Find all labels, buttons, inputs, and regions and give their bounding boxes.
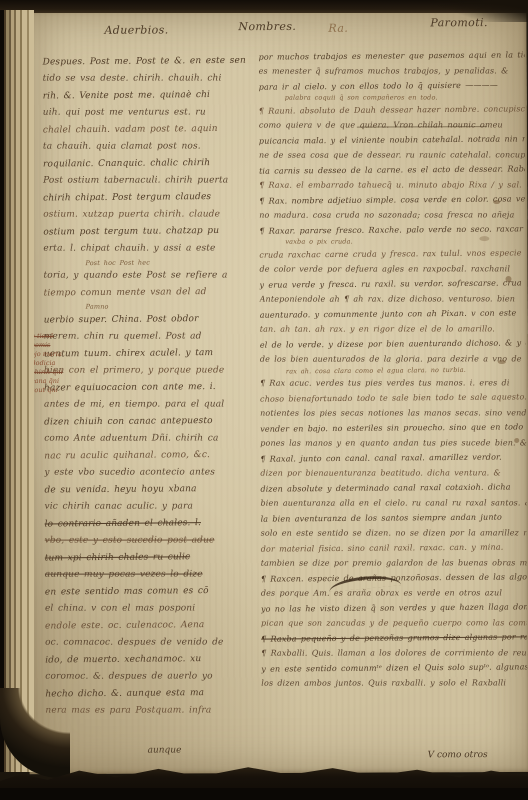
stain [506, 276, 512, 282]
manuscript-line: dizen chiuih con canac antepuesto [44, 413, 258, 432]
manuscript-line: tan. ah tan. ah rax. y en rigor dize el … [260, 321, 526, 336]
manuscript-line: pones las manos y en quanto andan tus pi… [260, 435, 526, 450]
manuscript-line: por muchos trabajos es menester que pase… [258, 47, 524, 64]
manuscript-line: vender en bajo. no esteriles sin prouech… [260, 419, 526, 436]
manuscript-line: la bien aventuranza de los santos siempr… [260, 509, 526, 526]
manuscript-line: de color verde por defuera agles en raxp… [259, 261, 525, 276]
catchword-left: aunque [148, 745, 182, 755]
manuscript-line: de los bien auenturados de la gloria. pa… [260, 351, 526, 366]
manuscript-line: tum xpi chirih chales ru culic [45, 549, 259, 568]
manuscript-line: des porque Am. es araña obrax es verde e… [261, 585, 527, 600]
manuscript-line: bien auenturanza alla en el cielo. ru ca… [260, 495, 526, 510]
manuscript-line: en este sentido mas comun es cō [45, 583, 259, 602]
manuscript-line: chalel chauih. vadam post te. aquin [43, 121, 257, 140]
manuscript-line: no madura. cosa cruda no sazonada; cosa … [259, 207, 525, 222]
manuscript-line: el de lo verde. y dizese por bien auentu… [260, 335, 526, 352]
manuscript-line: cruda raxchac carne cruda y fresca. rax … [259, 245, 525, 262]
manuscript-page: Aduerbios. Nombres. Ra. Paromoti. Despue… [26, 8, 528, 774]
manuscript-line: coromoc. &. despues de auerlo yo [45, 668, 259, 685]
manuscript-line: ne de ssea cosa que de dessear. ru rauni… [259, 147, 525, 162]
manuscript-line: dor material fisica. sino canil raxil. r… [261, 539, 527, 556]
manuscript-line: uentum tuum. chirex aculel. y tam [44, 345, 258, 364]
header-ra: Ra. [328, 22, 348, 35]
right-column: por muchos trabajos es menester que pase… [259, 48, 528, 691]
margin-notes: q tienēqemisojo mariaBodiciachirih q̃nic… [31, 332, 75, 395]
manuscript-line: auenturado. y comunmente junto con ah Pi… [260, 305, 526, 322]
manuscript-line: ¶ Rax acuc. verdes tus pies verdes tus m… [260, 375, 526, 390]
manuscript-line: qemis [31, 341, 75, 350]
manuscript-line: ¶ Raxal. junto con canal. canal raxal. a… [260, 449, 526, 466]
manuscript-line: choso bienafortunado todo te sale bien t… [260, 389, 526, 406]
manuscript-line: pican que son zancudas y de pequeño cuer… [261, 615, 527, 630]
manuscript-line: ido, de muerto. xechanamoc. xu [45, 651, 259, 670]
manuscript-line: endole este. oc. culenacoc. Aena [45, 617, 259, 636]
manuscript-line: antes de mi, en tiempo. para el qual [44, 396, 258, 413]
manuscript-line: cana q̃ni [31, 377, 75, 386]
corner-shadow [408, 0, 528, 22]
header-aduerbios: Aduerbios. [104, 23, 168, 36]
manuscript-line: vbo, este y esto sucedio post adue [45, 532, 259, 549]
manuscript-line: uerbio super. China. Post obdor [44, 311, 258, 330]
manuscript-line: nera mas es para Postquam. infra [45, 702, 259, 719]
manuscript-line: los dizen ambos juntos. Quis raxballi. y… [261, 675, 527, 690]
manuscript-line: nac ru aculic quihanal. como, &c. [44, 447, 258, 466]
left-column: Despues. Post me. Post te &. en este sen… [43, 53, 260, 720]
stain [514, 438, 519, 443]
book-edge-bottom-dark [0, 788, 528, 800]
manuscript-line: bien con el primero, y porque puede [44, 362, 258, 379]
manuscript-line: ¶ Raxballi. Quis. llaman a los dolores d… [261, 645, 527, 660]
manuscript-line: dizen absolute y determinado canal raxal… [260, 479, 526, 496]
manuscript-line: hazer equiuocacion con ante me. i. [44, 379, 258, 398]
manuscript-line: vic chirih canac aculic. y para [44, 498, 258, 515]
stain [498, 360, 506, 364]
manuscript-line: yo no las he visto dizen q̃ son verdes y… [261, 599, 527, 616]
manuscript-line: es menester q̃ suframos muchos trabajos,… [259, 63, 525, 78]
manuscript-line: como quiera v de que quiera. Vron chilah… [259, 117, 525, 132]
stain [479, 236, 489, 241]
manuscript-line: ojo maria [31, 350, 75, 359]
manuscript-line: y en este sentido comunmᵗᵉ dizen el Quis… [261, 659, 527, 676]
manuscript-line: tambien se dize por premio galardon de l… [261, 555, 527, 570]
manuscript-line: como Ante aduentum Dñi. chirih ca [44, 430, 258, 447]
manuscript-line: rih. &. Venite post me. quinaè chi [43, 87, 257, 106]
manuscript-line: Anteponiendole ah ¶ ah rax. dize dichoso… [260, 291, 526, 306]
manuscript-line: ostium post tergum tuu. chatzap pu [43, 223, 257, 242]
manuscript-line: roquilanic. Cnanquic. chalic chirih [43, 155, 257, 174]
manuscript-line: uih. qui post me venturus est. ru [43, 104, 257, 121]
manuscript-line: tia carnis su desseo de la carne. es el … [259, 161, 525, 178]
manuscript-line: para ir al cielo. y con ellos todo lo q̃… [259, 77, 525, 94]
manuscript-line: oc. comnacoc. despues de venido de [45, 634, 259, 651]
catchword-right: V como otros [428, 750, 488, 760]
manuscript-line: ¶ Rauni. absoluto de Dauh dessear hazer … [259, 101, 525, 118]
manuscript-line: ¶ Raxba pequeño y de penzoñas grumos diz… [261, 629, 527, 646]
manuscript-line: dizen por bienauenturanza beatitudo. dic… [260, 465, 526, 480]
manuscript-line: el china. v con el mas posponi [45, 600, 259, 617]
manuscript-line: solo en este sentido se dizen. no se diz… [261, 525, 527, 540]
manuscript-line: aunque muy pocas vezes lo dize [45, 566, 259, 583]
manuscript-line: tiempo comun mente vsan del ad [44, 284, 258, 303]
manuscript-line: toria, y quando este Post se refiere a [43, 267, 257, 284]
manuscript-line: lo contrario añaden el chales. l. [45, 515, 259, 534]
header-nombres: Nombres. [238, 20, 296, 33]
manuscript-line: notientes los pies secas notiones las ma… [260, 405, 526, 420]
manuscript-line: zout q̃ni [31, 386, 75, 395]
manuscript-line: Despues. Post me. Post te &. en este sen [42, 53, 256, 72]
book-page-edges-left [0, 10, 34, 772]
manuscript-line: puicancia mala. y el viniente noubin cat… [259, 131, 525, 148]
manuscript-line: y erua verde y fresca. ru raxil. su verd… [259, 275, 525, 292]
manuscript-line: tido se vsa deste. chirih. chauih. chi [43, 70, 257, 87]
manuscript-line: chirih chipat. Post tergum claudes [43, 189, 257, 208]
manuscript-line: Bodicia [31, 359, 75, 368]
manuscript-line: ta chauih. quia clamat post nos. [43, 138, 257, 155]
manuscript-line: ostium. xutzap puerta chirih. claude [43, 206, 257, 223]
manuscript-line: chirih q̃ni [31, 368, 75, 377]
manuscript-line: Post ostium tabernaculi. chirih puerta [43, 172, 257, 189]
manuscript-line: q tienē [31, 332, 75, 341]
manuscript-line: merem. chin ru quemel. Post ad [44, 328, 258, 345]
manuscript-line: de su venida. heyu hoyu xbana [44, 481, 258, 500]
manuscript-line: hecho dicho. &. aunque esta ma [45, 685, 259, 704]
manuscript-line: erta. l. chipat chauih. y assi a este [43, 240, 257, 257]
stain [493, 200, 500, 204]
manuscript-line: y este vbo sucedio acontecio antes [44, 464, 258, 481]
manuscript-line: ¶ Rax. nombre adjetiuo simple. cosa verd… [259, 191, 525, 208]
manuscript-photo: Aduerbios. Nombres. Ra. Paromoti. Despue… [0, 0, 528, 800]
manuscript-line: ¶ Raxa. el embarrado tahuecq̃ u. minuto … [259, 177, 525, 192]
